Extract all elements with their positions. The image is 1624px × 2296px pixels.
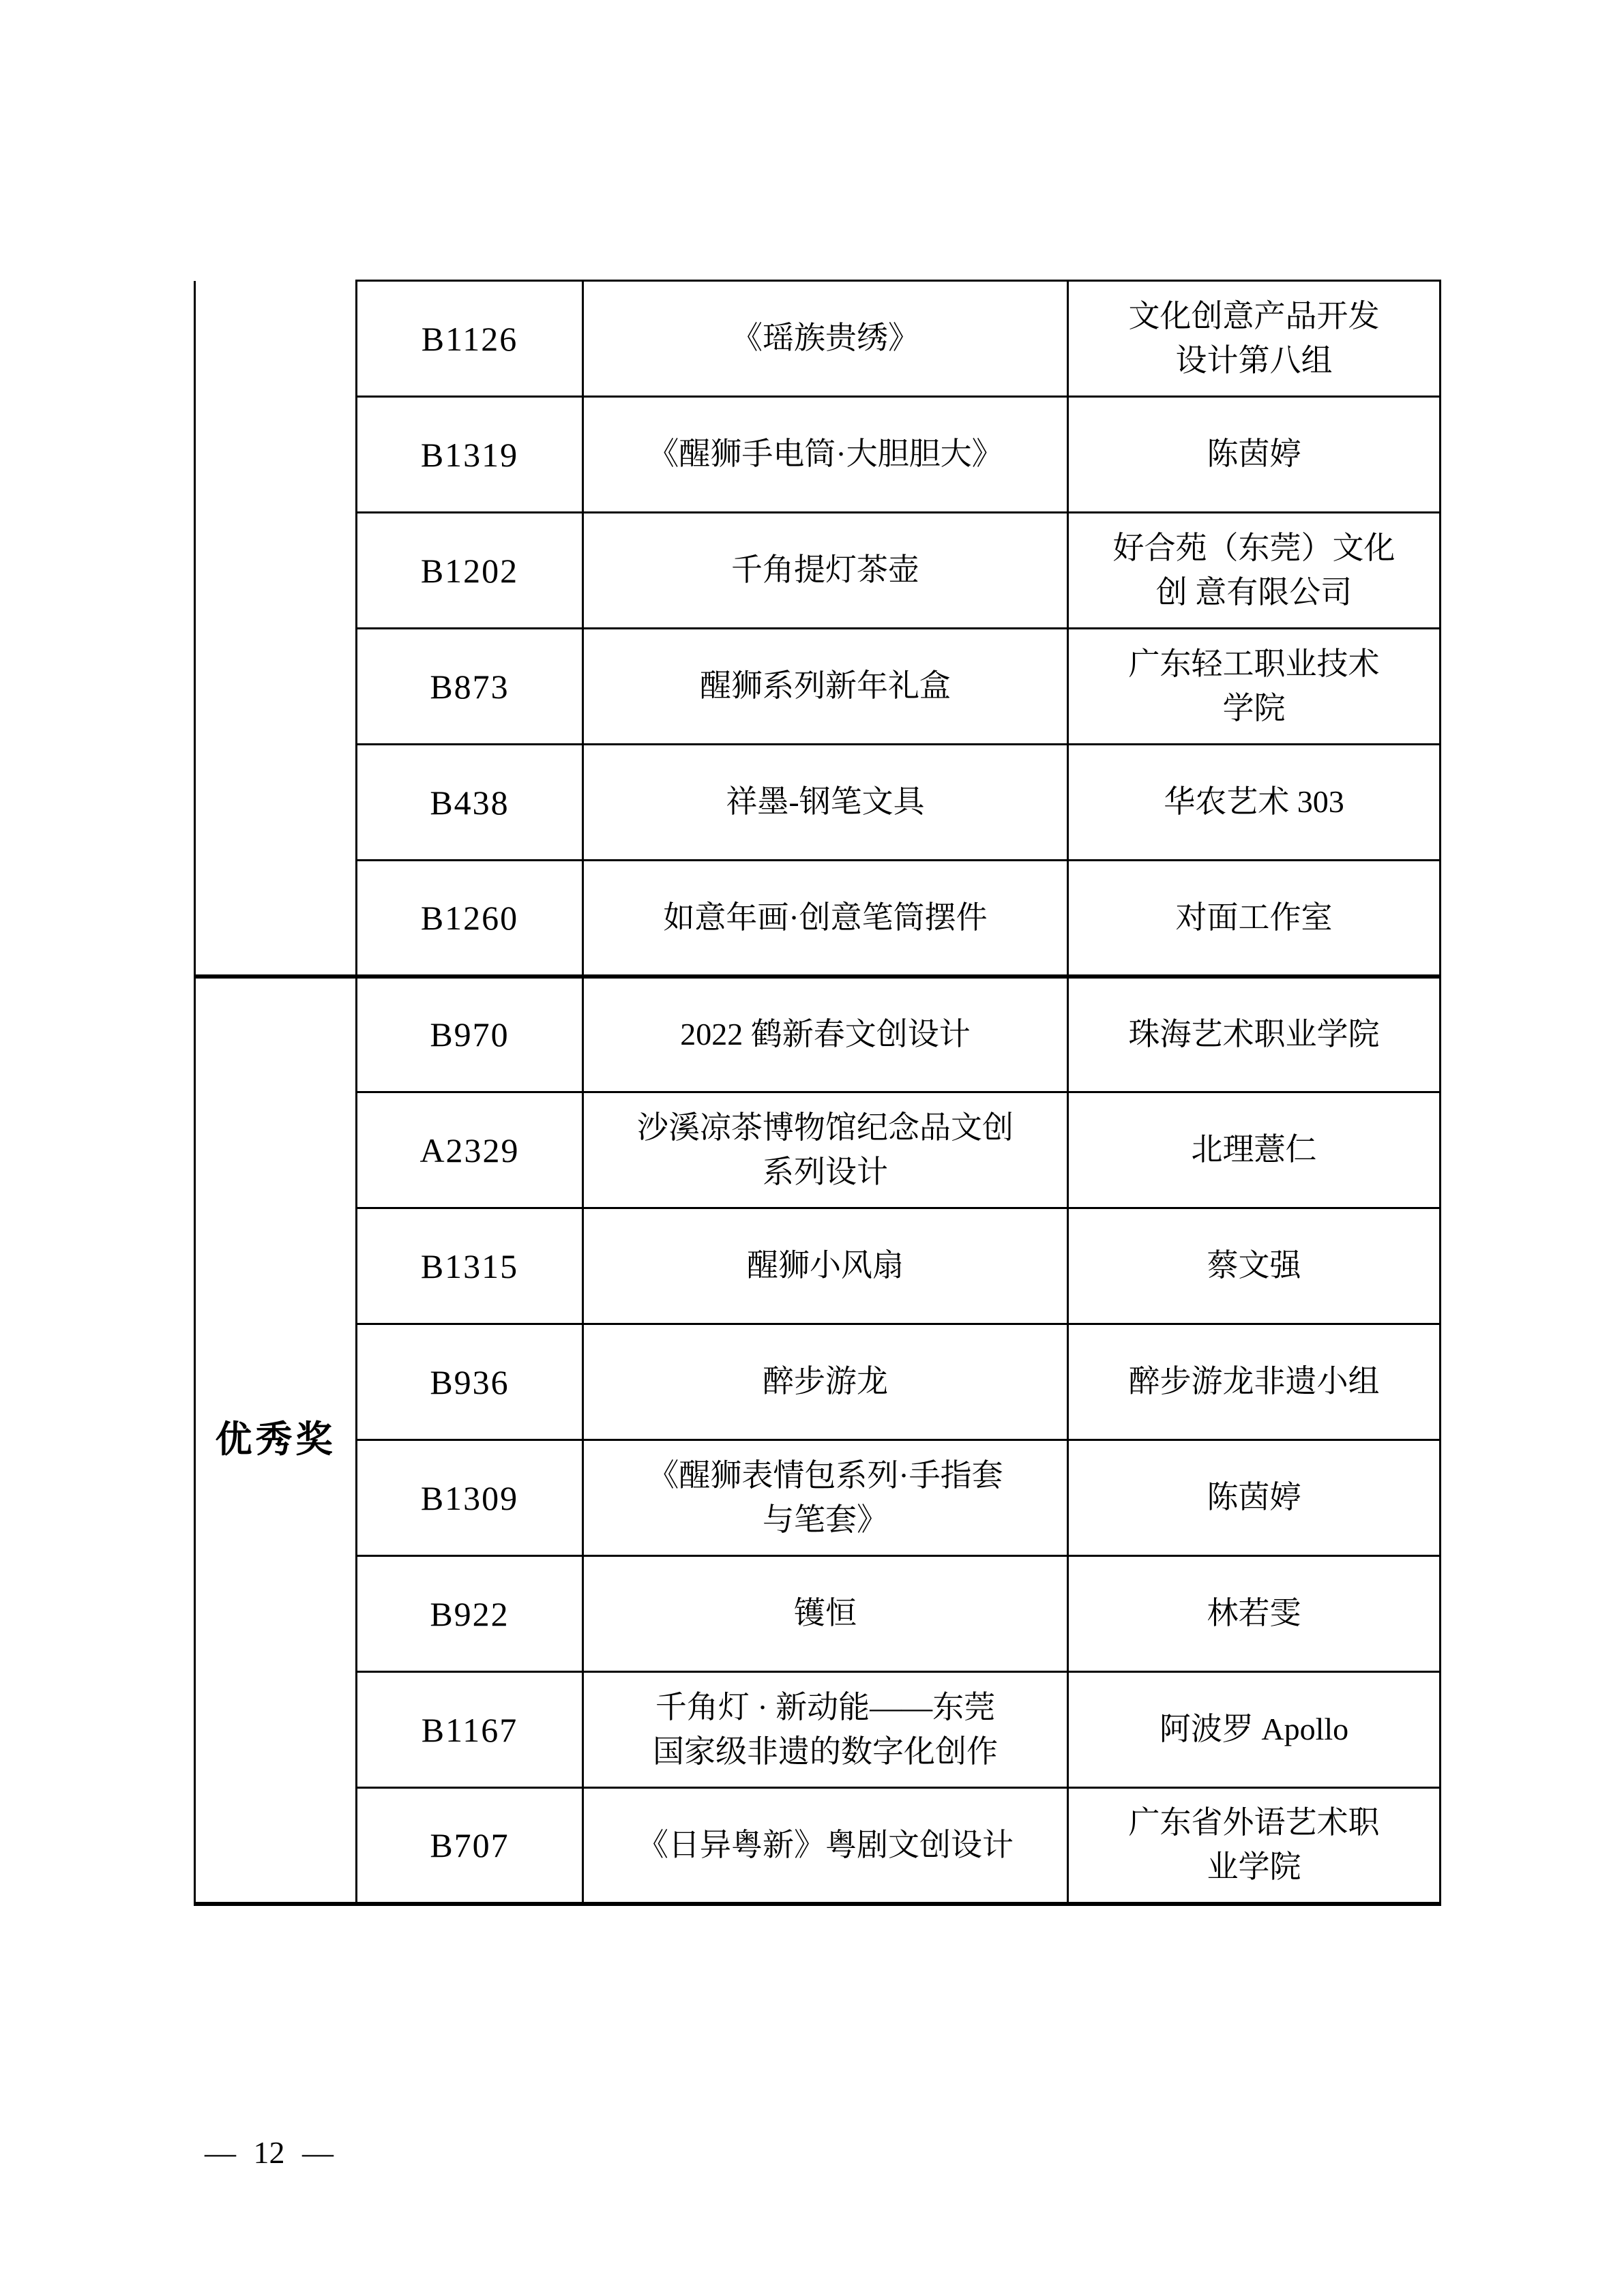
- award-cell-continued: [195, 281, 357, 976]
- author-cell: 北理薏仁: [1068, 1092, 1441, 1208]
- table-row: A2329沙溪凉茶博物馆纪念品文创 系列设计北理薏仁: [195, 1092, 1441, 1208]
- award-label: 优秀奖: [216, 1419, 336, 1460]
- author-cell: 珠海艺术职业学院: [1068, 976, 1441, 1092]
- table-row: B1202千角提灯茶壶好合苑（东莞）文化 创 意有限公司: [195, 513, 1441, 629]
- author-cell: 华农艺术 303: [1068, 745, 1441, 861]
- entry-code-cell: B438: [357, 745, 583, 861]
- table-row: B1309《醒狮表情包系列·手指套 与笔套》陈茵婷: [195, 1440, 1441, 1556]
- table-row: B1167千角灯 · 新动能——东莞 国家级非遗的数字化创作阿波罗 Apollo: [195, 1672, 1441, 1788]
- entry-code-cell: B1167: [357, 1672, 583, 1788]
- table-row: B438祥墨-钢笔文具华农艺术 303: [195, 745, 1441, 861]
- entry-code-cell: B936: [357, 1324, 583, 1440]
- entry-code-cell: B922: [357, 1556, 583, 1672]
- author-cell: 好合苑（东莞）文化 创 意有限公司: [1068, 513, 1441, 629]
- author-cell: 蔡文强: [1068, 1208, 1441, 1324]
- table-row: B1319《醒狮手电筒·大胆胆大》陈茵婷: [195, 397, 1441, 513]
- award-table: B1126《瑶族贵绣》文化创意产品开发 设计第八组B1319《醒狮手电筒·大胆胆…: [194, 280, 1441, 1906]
- author-cell: 文化创意产品开发 设计第八组: [1068, 281, 1441, 397]
- award-cell: 优秀奖: [195, 976, 357, 1904]
- entry-code-cell: B707: [357, 1788, 583, 1904]
- author-cell: 广东省外语艺术职 业学院: [1068, 1788, 1441, 1904]
- work-title-cell: 醒狮系列新年礼盒: [583, 629, 1068, 745]
- work-title-cell: 千角提灯茶壶: [583, 513, 1068, 629]
- work-title-cell: 如意年画·创意笔筒摆件: [583, 861, 1068, 976]
- table-row: 优秀奖B9702022 鹤新春文创设计珠海艺术职业学院: [195, 976, 1441, 1092]
- table-row: B873醒狮系列新年礼盒广东轻工职业技术 学院: [195, 629, 1441, 745]
- work-title-cell: 2022 鹤新春文创设计: [583, 976, 1068, 1092]
- author-cell: 陈茵婷: [1068, 1440, 1441, 1556]
- entry-code-cell: B1260: [357, 861, 583, 976]
- work-title-cell: 《日异粤新》粤剧文创设计: [583, 1788, 1068, 1904]
- entry-code-cell: B873: [357, 629, 583, 745]
- table-row: B936醉步游龙醉步游龙非遗小组: [195, 1324, 1441, 1440]
- author-cell: 陈茵婷: [1068, 397, 1441, 513]
- entry-code-cell: B1126: [357, 281, 583, 397]
- table-row: B707《日异粤新》粤剧文创设计广东省外语艺术职 业学院: [195, 1788, 1441, 1904]
- entry-code-cell: B1319: [357, 397, 583, 513]
- table-row: B1260如意年画·创意笔筒摆件对面工作室: [195, 861, 1441, 976]
- work-title-cell: 醉步游龙: [583, 1324, 1068, 1440]
- work-title-cell: 《醒狮手电筒·大胆胆大》: [583, 397, 1068, 513]
- entry-code-cell: A2329: [357, 1092, 583, 1208]
- author-cell: 广东轻工职业技术 学院: [1068, 629, 1441, 745]
- work-title-cell: 《瑶族贵绣》: [583, 281, 1068, 397]
- table-row: B1126《瑶族贵绣》文化创意产品开发 设计第八组: [195, 281, 1441, 397]
- work-title-cell: 镬恒: [583, 1556, 1068, 1672]
- work-title-cell: 沙溪凉茶博物馆纪念品文创 系列设计: [583, 1092, 1068, 1208]
- author-cell: 林若雯: [1068, 1556, 1441, 1672]
- author-cell: 对面工作室: [1068, 861, 1441, 976]
- entry-code-cell: B1315: [357, 1208, 583, 1324]
- entry-code-cell: B970: [357, 976, 583, 1092]
- author-cell: 阿波罗 Apollo: [1068, 1672, 1441, 1788]
- author-cell: 醉步游龙非遗小组: [1068, 1324, 1441, 1440]
- page-number: — 12 —: [205, 2134, 334, 2171]
- table-row: B1315醒狮小风扇蔡文强: [195, 1208, 1441, 1324]
- work-title-cell: 《醒狮表情包系列·手指套 与笔套》: [583, 1440, 1068, 1556]
- entry-code-cell: B1202: [357, 513, 583, 629]
- award-table-body: B1126《瑶族贵绣》文化创意产品开发 设计第八组B1319《醒狮手电筒·大胆胆…: [195, 281, 1441, 1904]
- work-title-cell: 千角灯 · 新动能——东莞 国家级非遗的数字化创作: [583, 1672, 1068, 1788]
- work-title-cell: 醒狮小风扇: [583, 1208, 1068, 1324]
- entry-code-cell: B1309: [357, 1440, 583, 1556]
- table-row: B922镬恒林若雯: [195, 1556, 1441, 1672]
- work-title-cell: 祥墨-钢笔文具: [583, 745, 1068, 861]
- document-page: B1126《瑶族贵绣》文化创意产品开发 设计第八组B1319《醒狮手电筒·大胆胆…: [0, 0, 1624, 2296]
